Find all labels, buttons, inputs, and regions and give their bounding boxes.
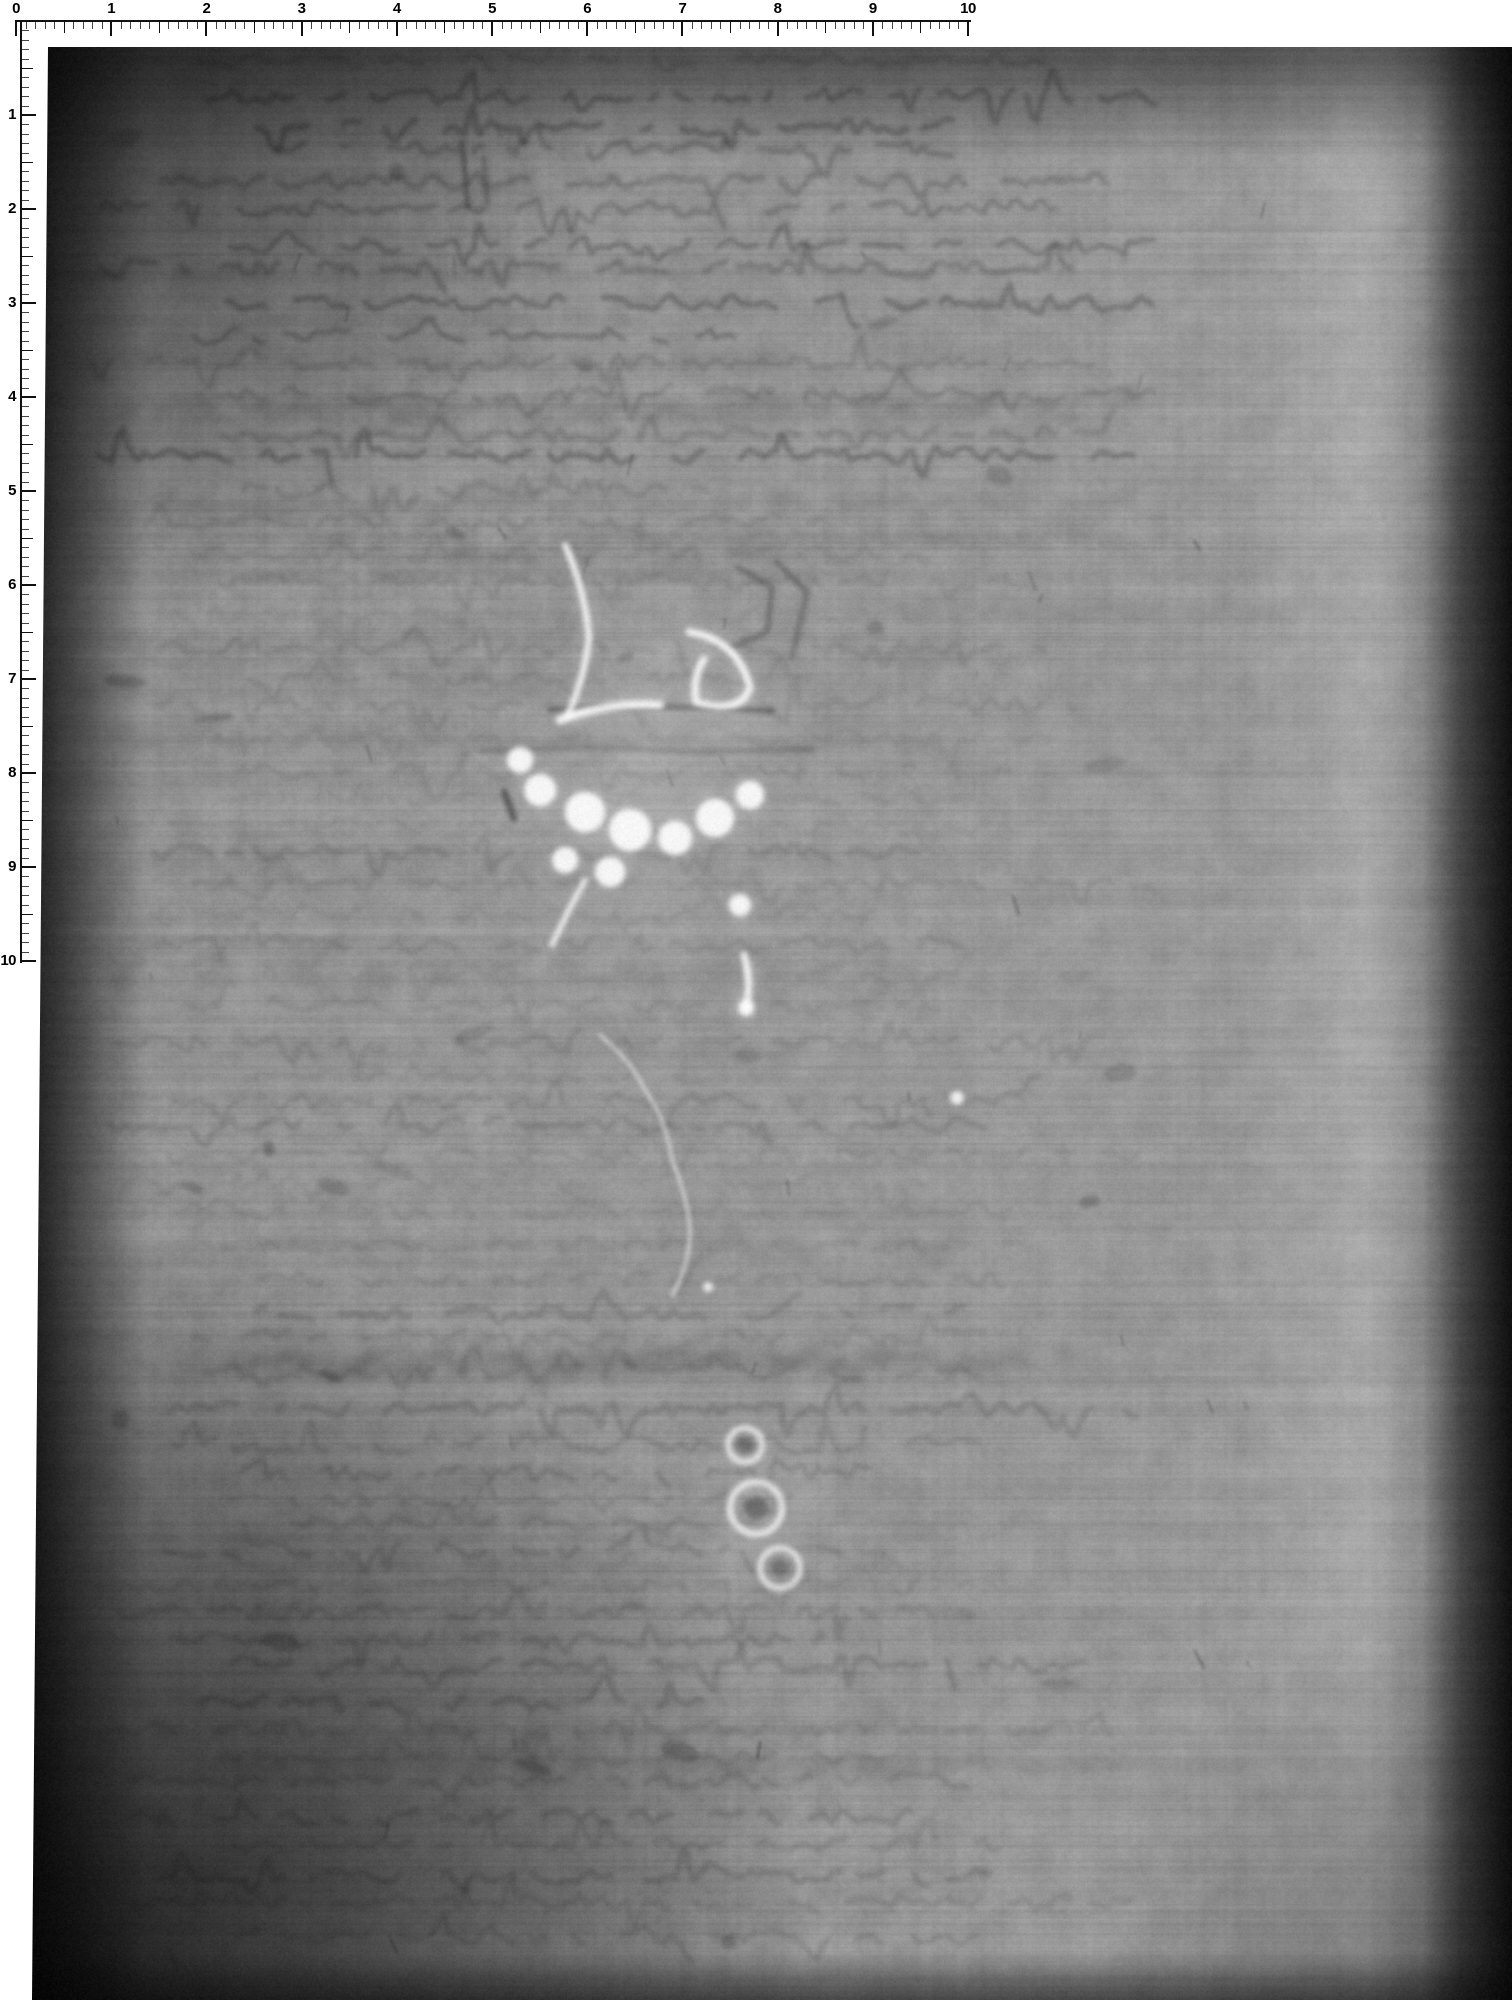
ruler-tick-minor [22,472,29,473]
ruler-tick-minor [22,839,29,840]
ruler-tick-minor [22,604,29,605]
ruler-tick-minor [22,275,29,276]
ruler-label: 6 [567,1,607,17]
ruler-tick-major [22,678,36,680]
ruler-tick-minor [22,388,29,389]
ruler-tick-minor [22,453,29,454]
ruler-tick-minor [22,529,29,530]
ruler-tick-minor [22,416,29,417]
ruler-tick-minor [22,359,29,360]
ruler-tick-minor [844,22,845,29]
ruler-label: 2 [0,201,16,217]
ruler-tick-minor [22,265,29,266]
ruler-label: 3 [0,295,16,311]
ruler-tick-minor [22,500,29,501]
ruler-label: 6 [0,577,16,593]
ruler-tick-minor [22,829,29,830]
ruler-tick-minor [54,22,55,29]
ruler-tick-minor [22,425,29,426]
ruler-tick-minor [22,482,29,483]
ruler-tick-minor [321,22,322,29]
ruler-tick-minor [22,876,29,877]
ruler-tick-minor [644,22,645,29]
ruler-tick-major [22,302,36,304]
ruler-tick-minor [187,22,188,29]
ruler-tick-minor [22,369,29,370]
ruler-tick-minor [597,22,598,29]
ruler-tick-minor [787,22,788,29]
ruler-tick-minor [130,22,131,29]
ruler-tick-minor [22,59,29,60]
ruler-tick-minor [22,933,29,934]
ruler-tick-minor [425,22,426,29]
scan-viewer-page: 012345678910 12345678910 [0,0,1512,2000]
ruler-label: 0 [0,1,36,17]
ruler-tick-major [15,22,17,36]
ruler-tick-minor [168,22,169,29]
ruler-tick-minor [835,22,836,29]
ruler-label: 9 [853,1,893,17]
ruler-tick-minor [435,22,436,29]
ruler-tick-minor [701,22,702,29]
ruler-tick-minor [22,96,29,97]
ruler-tick-minor [244,22,245,29]
ruler-tick-minor [216,22,217,29]
ruler-tick-minor [22,641,29,642]
ruler-tick-minor [22,341,29,342]
ruler-tick-minor [22,49,29,50]
ruler-label: 9 [0,859,16,875]
ruler-tick-major [22,114,36,116]
ruler-tick-minor [22,848,29,849]
ruler-tick-minor [22,745,29,746]
ruler-label: 10 [0,953,16,969]
ruler-tick-minor [225,22,226,29]
ruler-tick-major [777,22,779,36]
ruler-tick-minor [22,87,29,88]
ruler-tick-minor [22,566,29,567]
ruler-tick-minor [22,576,29,577]
ruler-tick-major [586,22,588,36]
ruler-tick-minor [711,22,712,29]
ruler-tick-minor [387,22,388,29]
ruler-tick-minor [444,22,445,33]
ruler-tick-minor [416,22,417,29]
ruler-tick-minor [22,519,29,520]
ruler-tick-minor [22,463,29,464]
ruler-tick-minor [22,858,29,859]
manuscript-photo [32,47,1512,2000]
ruler-tick-major [681,22,683,36]
ruler-tick-minor [22,688,29,689]
ruler-tick-minor [406,22,407,29]
ruler-tick-minor [854,22,855,29]
ruler-tick-minor [797,22,798,29]
ruler-tick-minor [673,22,674,29]
ruler-tick-minor [22,547,29,548]
ruler-label: 5 [0,483,16,499]
ruler-tick-major [22,960,36,962]
ruler-tick-minor [511,22,512,29]
ruler-tick-minor [22,811,29,812]
ruler-tick-minor [22,632,33,633]
ruler-tick-minor [22,707,29,708]
ruler-tick-minor [22,660,29,661]
ruler-tick-minor [720,22,721,29]
ruler-tick-minor [22,914,33,915]
ruler-tick-minor [730,22,731,33]
ruler-tick-minor [635,22,636,33]
ruler-tick-minor [473,22,474,29]
ruler-tick-minor [22,228,29,229]
ruler-tick-minor [22,444,33,445]
ruler-tick-major [22,866,36,868]
ruler-label: 2 [186,1,226,17]
ruler-tick-major [22,208,36,210]
ruler-tick-minor [73,22,74,29]
ruler-tick-minor [22,670,29,671]
ruler-tick-minor [22,594,29,595]
ruler-tick-minor [292,22,293,29]
ruler-tick-minor [22,698,29,699]
ruler-tick-minor [22,350,33,351]
ruler-tick-minor [22,294,29,295]
ruler-tick-minor [22,905,29,906]
ruler-tick-minor [22,942,29,943]
ruler-tick-minor [692,22,693,29]
ruler-tick-minor [22,792,29,793]
ruler-tick-minor [22,162,33,163]
ruler-tick-minor [22,895,29,896]
ruler-tick-minor [22,143,29,144]
ruler-tick-minor [540,22,541,33]
ruler-tick-minor [22,40,29,41]
ruler-tick-minor [121,22,122,29]
ruler-tick-major [301,22,303,36]
ruler-tick-minor [22,717,29,718]
ruler-tick-minor [949,22,950,29]
ruler-tick-minor [64,22,65,33]
ruler-tick-minor [283,22,284,29]
ruler-tick-minor [311,22,312,29]
ruler-tick-minor [22,557,29,558]
ruler-tick-minor [22,820,33,821]
ruler-tick-minor [816,22,817,29]
ruler-label: 1 [91,1,131,17]
ruler-tick-minor [22,218,29,219]
ruler-tick-minor [22,782,29,783]
ruler-tick-minor [22,237,29,238]
manuscript-canvas [32,47,1512,2000]
ruler-tick-minor [530,22,531,29]
ruler-tick-minor [22,68,33,69]
ruler-tick-minor [22,312,29,313]
ruler-tick-minor [22,247,29,248]
ruler-tick-minor [35,22,36,29]
ruler-tick-minor [482,22,483,29]
ruler-label: 10 [948,1,988,17]
ruler-tick-minor [197,22,198,29]
ruler-tick-major [491,22,493,36]
ruler-tick-minor [22,923,29,924]
ruler-tick-minor [901,22,902,29]
ruler-tick-minor [140,22,141,29]
ruler-label: 4 [377,1,417,17]
ruler-tick-major [22,584,36,586]
ruler-tick-minor [22,256,33,257]
ruler-tick-minor [22,651,29,652]
ruler-tick-minor [22,764,29,765]
ruler-tick-minor [235,22,236,29]
ruler-tick-minor [654,22,655,29]
ruler-tick-major [205,22,207,36]
ruler-tick-minor [22,801,29,802]
ruler-tick-minor [759,22,760,29]
ruler-tick-minor [45,22,46,29]
ruler-tick-minor [349,22,350,33]
ruler-tick-minor [22,77,29,78]
ruler-tick-minor [22,331,29,332]
ruler-tick-minor [340,22,341,29]
ruler-tick-minor [863,22,864,29]
ruler-tick-minor [22,952,29,953]
ruler-tick-minor [749,22,750,29]
ruler-tick-minor [22,106,29,107]
ruler-tick-minor [22,623,29,624]
ruler-tick-minor [83,22,84,29]
ruler-tick-minor [22,613,29,614]
ruler-tick-minor [26,22,27,29]
ruler-tick-major [872,22,874,36]
ruler-tick-minor [92,22,93,29]
ruler-tick-minor [254,22,255,33]
ruler-tick-minor [740,22,741,29]
ruler-tick-minor [22,510,29,511]
ruler-tick-minor [102,22,103,29]
ruler-tick-minor [911,22,912,29]
ruler-tick-minor [22,406,29,407]
ruler-tick-minor [359,22,360,29]
ruler-tick-minor [273,22,274,29]
ruler-tick-minor [22,538,33,539]
ruler-tick-minor [825,22,826,33]
ruler-label: 7 [662,1,702,17]
ruler-tick-minor [378,22,379,29]
ruler-tick-minor [939,22,940,29]
ruler-tick-minor [463,22,464,29]
ruler-tick-minor [22,726,33,727]
ruler-tick-minor [892,22,893,29]
ruler-label: 7 [0,671,16,687]
ruler-tick-minor [882,22,883,29]
ruler-label: 4 [0,389,16,405]
ruler-tick-minor [578,22,579,29]
ruler-tick-minor [22,124,29,125]
ruler-tick-minor [549,22,550,29]
ruler-tick-minor [502,22,503,29]
ruler-label: 3 [282,1,322,17]
ruler-tick-minor [22,886,29,887]
ruler-tick-minor [22,735,29,736]
ruler-tick-minor [22,171,29,172]
ruler-tick-minor [559,22,560,29]
ruler-tick-minor [22,754,29,755]
ruler-tick-minor [22,378,29,379]
ruler-tick-minor [22,181,29,182]
ruler-tick-major [22,490,36,492]
ruler-tick-minor [178,22,179,29]
ruler-tick-major [967,22,969,36]
ruler-tick-major [396,22,398,36]
ruler-tick-minor [920,22,921,33]
ruler-tick-major [22,396,36,398]
ruler-tick-minor [22,284,29,285]
ruler-label: 8 [0,765,16,781]
ruler-tick-minor [368,22,369,29]
ruler-tick-major [110,22,112,36]
ruler-tick-minor [521,22,522,29]
ruler-tick-minor [663,22,664,29]
ruler-tick-minor [930,22,931,29]
ruler-tick-minor [264,22,265,29]
ruler-tick-minor [22,30,29,31]
ruler-label: 5 [472,1,512,17]
ruler-tick-major [22,772,36,774]
ruler-label: 1 [0,107,16,123]
ruler-tick-minor [149,22,150,29]
ruler-tick-minor [22,435,29,436]
ruler-tick-minor [22,190,29,191]
ruler-tick-minor [958,22,959,29]
ruler-tick-minor [454,22,455,29]
ruler-tick-minor [22,153,29,154]
ruler-label: 8 [758,1,798,17]
ruler-tick-minor [568,22,569,29]
ruler-tick-minor [22,322,29,323]
ruler-tick-minor [22,134,29,135]
ruler-tick-minor [330,22,331,29]
ruler-tick-minor [806,22,807,29]
ruler-tick-minor [625,22,626,29]
ruler-tick-minor [616,22,617,29]
ruler-tick-minor [768,22,769,29]
ruler-tick-minor [22,200,29,201]
ruler-tick-minor [606,22,607,29]
ruler-tick-minor [159,22,160,33]
